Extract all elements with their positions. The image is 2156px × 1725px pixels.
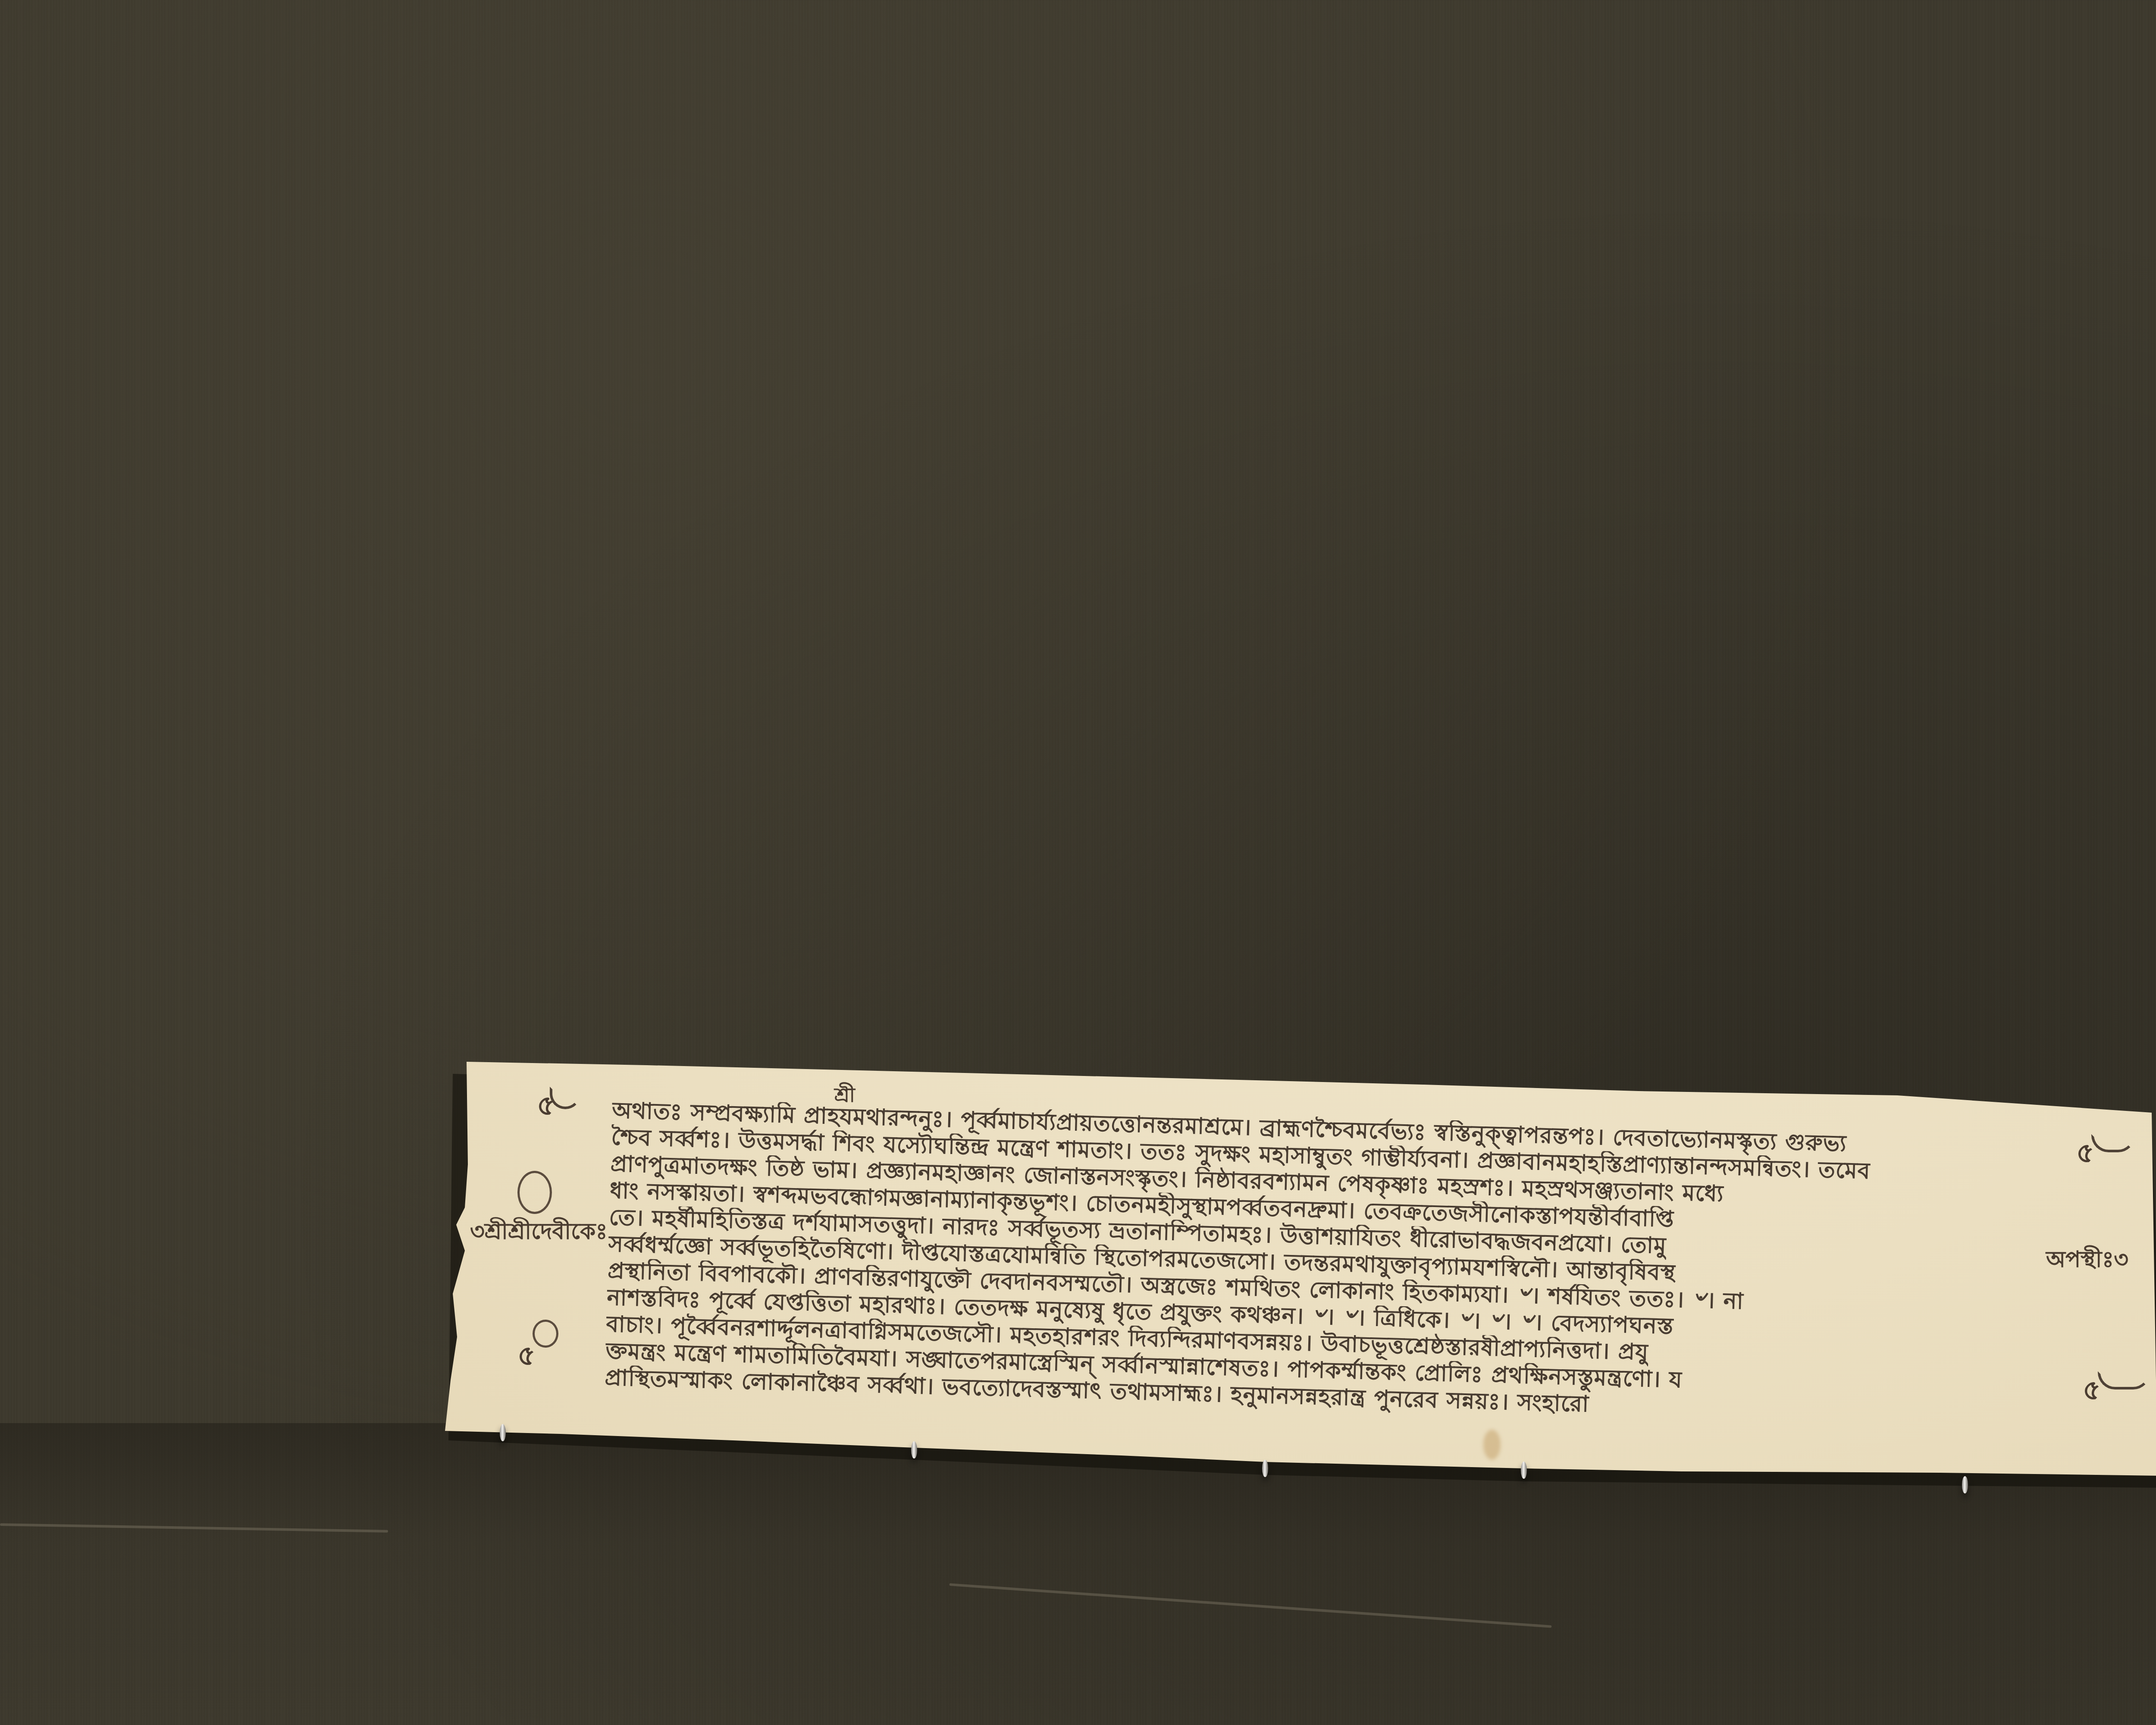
right-margin-text: অপস্থীঃ৩ <box>2046 1242 2128 1280</box>
left-bottom-curl <box>533 1320 558 1348</box>
paper-stain <box>1483 1430 1501 1460</box>
mounting-pin <box>500 1424 506 1441</box>
mounting-pin <box>1521 1462 1527 1479</box>
mounting-pin <box>1262 1460 1268 1477</box>
mounting-pin <box>911 1441 917 1458</box>
mounting-pin <box>1962 1476 1968 1493</box>
left-margin-text: ৩শ্রীশ্রীদেবীকেঃ <box>470 1214 608 1251</box>
left-bottom-numeral: ৫ <box>517 1335 536 1381</box>
left-curl-flourish <box>517 1171 552 1214</box>
